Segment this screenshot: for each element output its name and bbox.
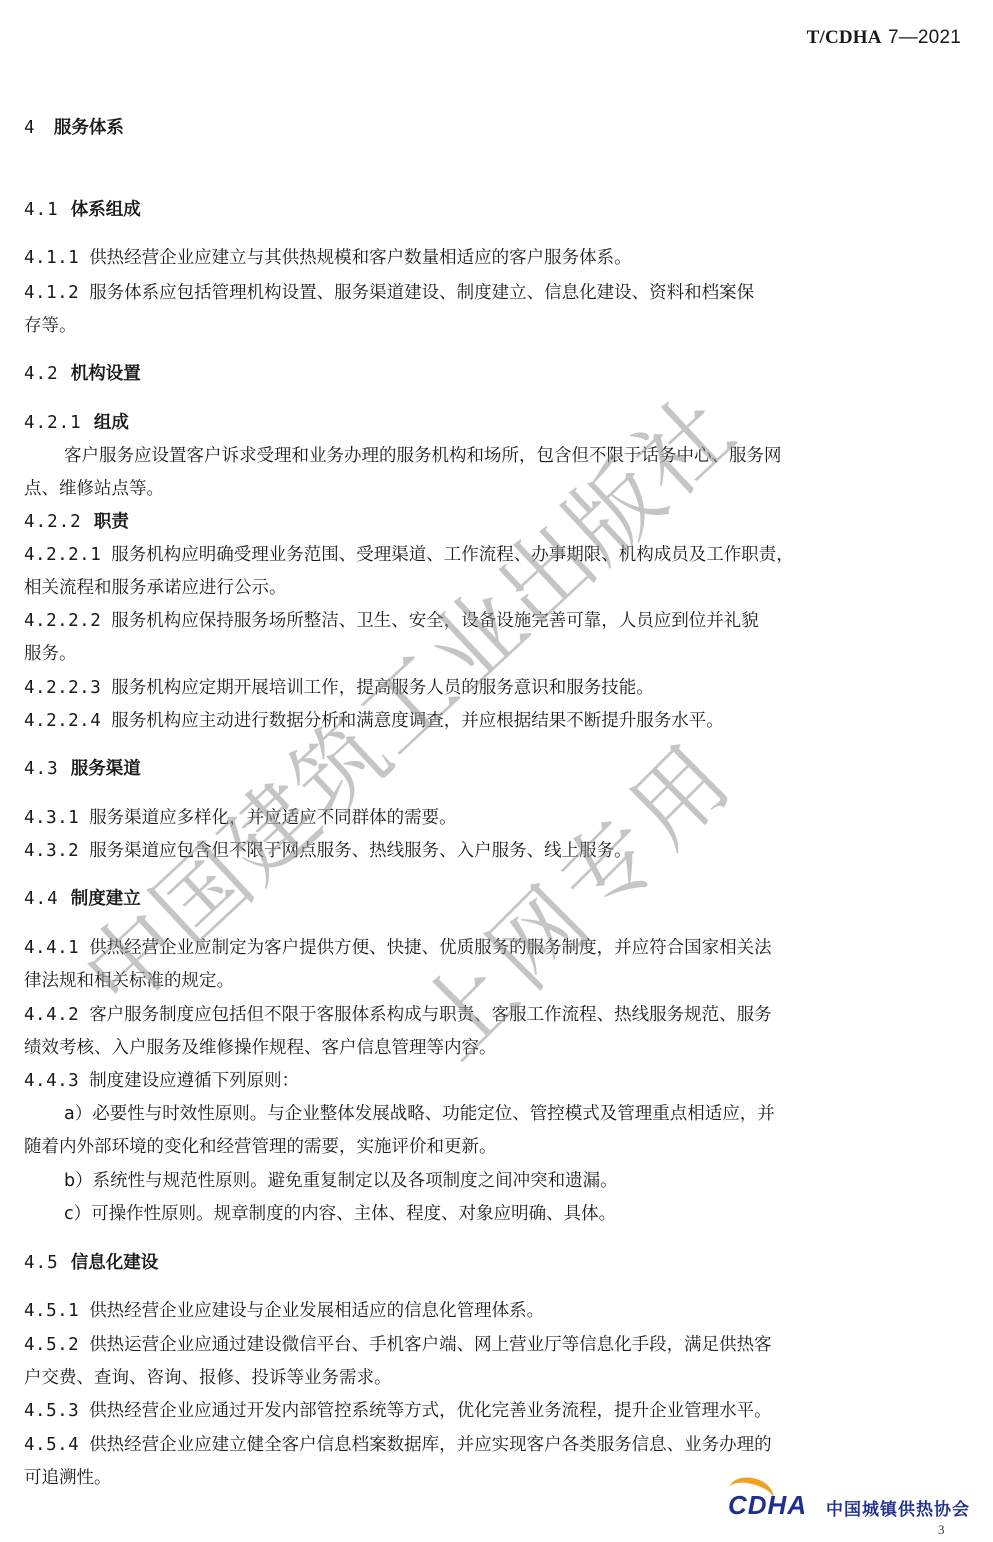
clause-4-2-2-4: 4.2.2.4服务机构应主动进行数据分析和满意度调查，并应根据结果不断提升服务水… [24,709,961,733]
organization-name: 中国城镇供热协会 [826,1495,970,1520]
section-heading-4-1: 4.1 体系组成 [24,198,961,222]
cdha-logo: CDHA 中国城镇供热协会 [718,1478,978,1528]
standard-prefix: T/CDHA [807,27,882,48]
clause-4-5-2-cont: 户交费、查询、咨询、报修、投诉等业务需求。 [24,1366,961,1390]
section-heading-4-4: 4.4 制度建立 [24,887,961,911]
logo-text: CDHA [728,1490,807,1521]
clause-4-5-2: 4.5.2供热运营企业应通过建设微信平台、手机客户端、网上营业厅等信息化手段，满… [24,1333,961,1357]
clause-4-1-1: 4.1.1供热经营企业应建立与其供热规模和客户数量相适应的客户服务体系。 [24,246,961,270]
clause-4-4-3-item-a-cont: 随着内外部环境的变化和经营管理的需要，实施评价和更新。 [24,1135,961,1159]
standard-code: T/CDHA 7—2021 [807,26,961,49]
clause-4-3-1: 4.3.1服务渠道应多样化，并应适应不同群体的需要。 [24,806,961,830]
clause-4-2-1-text: 客户服务应设置客户诉求受理和业务办理的服务机构和场所，包含但不限于话务中心、服务… [64,444,961,468]
clause-4-4-3-item-b: b）系统性与规范性原则。避免重复制定以及各项制度之间冲突和遗漏。 [64,1169,961,1193]
clause-4-4-3-item-a: a）必要性与时效性原则。与企业整体发展战略、功能定位、管控模式及管理重点相适应，… [64,1102,961,1126]
clause-4-4-2: 4.4.2客户服务制度应包括但不限于客服体系构成与职责、客服工作流程、热线服务规… [24,1003,961,1027]
clause-4-4-2-cont: 绩效考核、入户服务及维修操作规程、客户信息管理等内容。 [24,1036,961,1060]
section-heading-4-2: 4.2 机构设置 [24,362,961,386]
clause-4-4-1: 4.4.1供热经营企业应制定为客户提供方便、快捷、优质服务的服务制度，并应符合国… [24,936,961,960]
clause-4-4-3: 4.4.3制度建设应遵循下列原则： [24,1069,961,1093]
subsection-heading-4-2-1: 4.2.1 组成 [24,411,961,435]
clause-4-5-1: 4.5.1供热经营企业应建设与企业发展相适应的信息化管理体系。 [24,1299,961,1323]
clause-4-4-3-item-c: c）可操作性原则。规章制度的内容、主体、程度、对象应明确、具体。 [64,1202,961,1226]
clause-4-1-2: 4.1.2服务体系应包括管理机构设置、服务渠道建设、制度建立、信息化建设、资料和… [24,281,961,305]
section-heading-4-5: 4.5 信息化建设 [24,1251,961,1275]
clause-4-3-2: 4.3.2服务渠道应包含但不限于网点服务、热线服务、入户服务、线上服务。 [24,839,961,863]
clause-4-2-2-1-cont: 相关流程和服务承诺应进行公示。 [24,576,961,600]
document-page: T/CDHA 7—2021 4 服务体系 4.1 体系组成 4.1.1供热经营企… [0,0,993,1542]
standard-number: 7—2021 [888,27,961,48]
clause-4-2-2-1: 4.2.2.1服务机构应明确受理业务范围、受理渠道、工作流程、办事期限、机构成员… [24,543,961,567]
section-heading-4: 4 服务体系 [24,116,961,140]
clause-4-2-1-cont: 点、维修站点等。 [24,477,961,501]
subsection-heading-4-2-2: 4.2.2 职责 [24,510,961,534]
clause-4-5-4: 4.5.4供热经营企业应建立健全客户信息档案数据库，并应实现客户各类服务信息、业… [24,1433,961,1457]
clause-4-4-1-cont: 律法规和相关标准的规定。 [24,969,961,993]
clause-4-2-2-3: 4.2.2.3服务机构应定期开展培训工作，提高服务人员的服务意识和服务技能。 [24,676,961,700]
clause-4-2-2-2-cont: 服务。 [24,642,961,666]
clause-4-1-2-cont: 存等。 [24,314,961,338]
clause-4-5-3: 4.5.3供热经营企业应通过开发内部管控系统等方式，优化完善业务流程，提升企业管… [24,1399,961,1423]
section-heading-4-3: 4.3 服务渠道 [24,757,961,781]
page-number: 3 [938,1522,945,1538]
clause-4-2-2-2: 4.2.2.2服务机构应保持服务场所整洁、卫生、安全，设备设施完善可靠，人员应到… [24,609,961,633]
